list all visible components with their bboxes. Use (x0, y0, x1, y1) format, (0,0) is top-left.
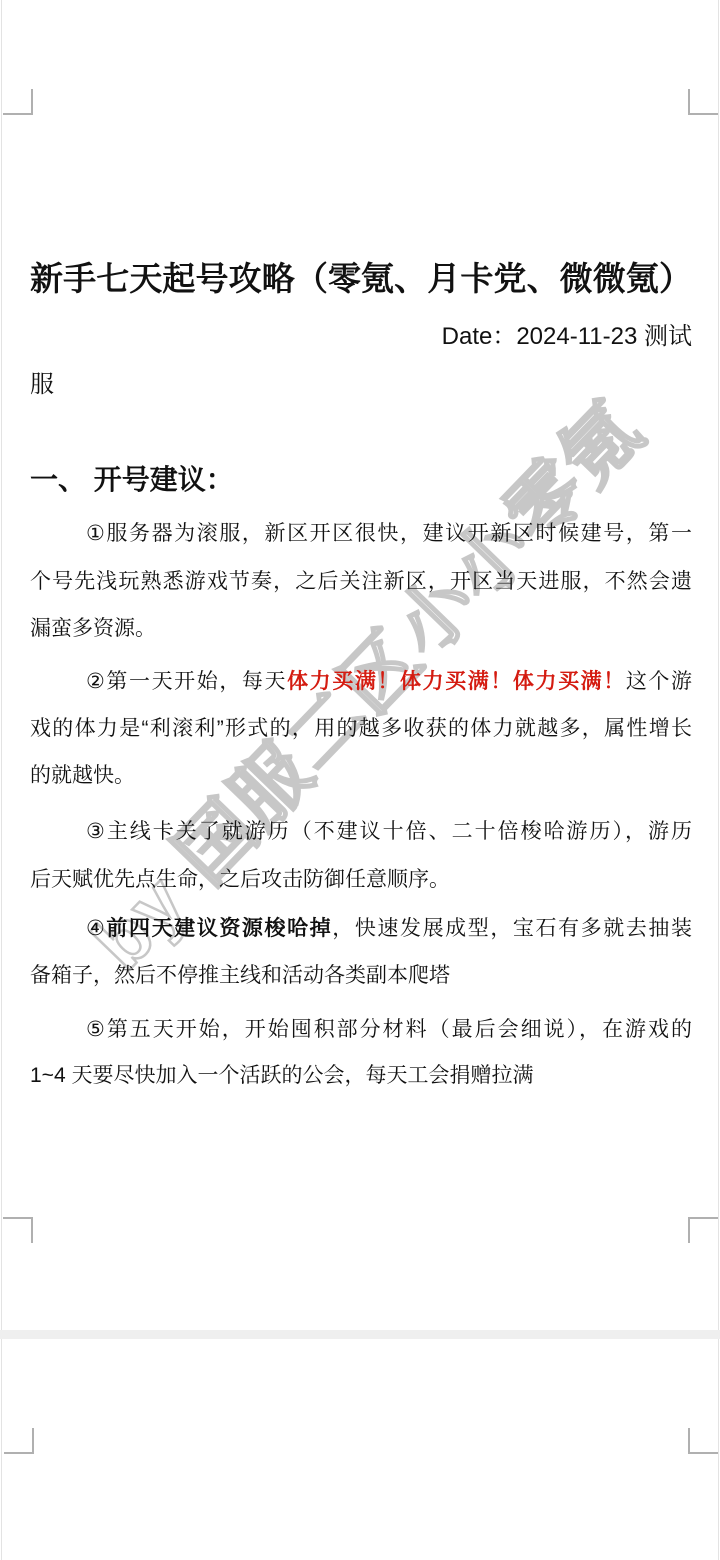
paragraph5-line2: 1~4 天要尽快加入一个活跃的公会，每天工会捐赠拉满 (30, 1061, 692, 1091)
section-heading: 一、 开号建议： (30, 462, 234, 498)
paragraph1-line2: 个号先浅玩熟悉游戏节奏，之后关注新区，开区当天进服，不然会遗 (30, 567, 692, 597)
document-canvas[interactable]: by 国服二区小小零氪 新手七天起号攻略（零氪、月卡党、微微氪） Date：20… (0, 0, 720, 1560)
paragraph4-line1-suffix: ，快速发展成型，宝石有多就去抽装 (332, 917, 692, 940)
paragraph4-line1: ④前四天建议资源梭哈掉，快速发展成型，宝石有多就去抽装 (30, 914, 692, 944)
crop-mark-page1-top-right (688, 89, 718, 115)
paragraph2-line3: 的就越快。 (30, 761, 692, 791)
paragraph2-line1-red-emphasis: 体力买满！体力买满！体力买满！ (287, 670, 626, 693)
date-line-wrapped-char: 服 (30, 370, 54, 400)
paragraph4-line1-marker: ④ (86, 917, 106, 940)
page-left-edge (1, 0, 2, 1560)
crop-mark-page1-bottom-right (688, 1217, 718, 1243)
paragraph4-line2: 备箱子，然后不停推主线和活动各类副本爬塔 (30, 961, 692, 991)
crop-mark-page1-bottom-left (3, 1217, 33, 1243)
page-break-band (0, 1330, 720, 1339)
paragraph2-line1-suffix: 这个游 (626, 670, 692, 693)
paragraph2-line1-prefix: ②第一天开始，每天 (86, 670, 287, 693)
crop-mark-page2-top-right (688, 1428, 718, 1454)
document-title: 新手七天起号攻略（零氪、月卡党、微微氪） (30, 256, 692, 302)
paragraph3-line1: ③主线卡关了就游历（不建议十倍、二十倍梭哈游历），游历 (30, 817, 692, 847)
paragraph5-line1: ⑤第五天开始，开始囤积部分材料（最后会细说），在游戏的 (30, 1015, 692, 1045)
paragraph2-line2: 戏的体力是“利滚利”形式的，用的越多收获的体力就越多，属性增长 (30, 714, 692, 744)
paragraph1-line3: 漏蛮多资源。 (30, 614, 692, 644)
paragraph4-line1-bold-emphasis: 前四天建议资源梭哈掉 (106, 917, 332, 940)
date-line: Date：2024-11-23 测试 (30, 322, 692, 352)
paragraph1-line1: ①服务器为滚服，新区开区很快，建议开新区时候建号，第一 (30, 519, 692, 549)
crop-mark-page1-top-left (3, 89, 33, 115)
crop-mark-page2-top-left (4, 1428, 34, 1454)
paragraph2-line1: ②第一天开始，每天体力买满！体力买满！体力买满！这个游 (30, 667, 692, 697)
paragraph3-line2: 后天赋优先点生命，之后攻击防御任意顺序。 (30, 865, 692, 895)
page-right-edge (718, 0, 719, 1560)
